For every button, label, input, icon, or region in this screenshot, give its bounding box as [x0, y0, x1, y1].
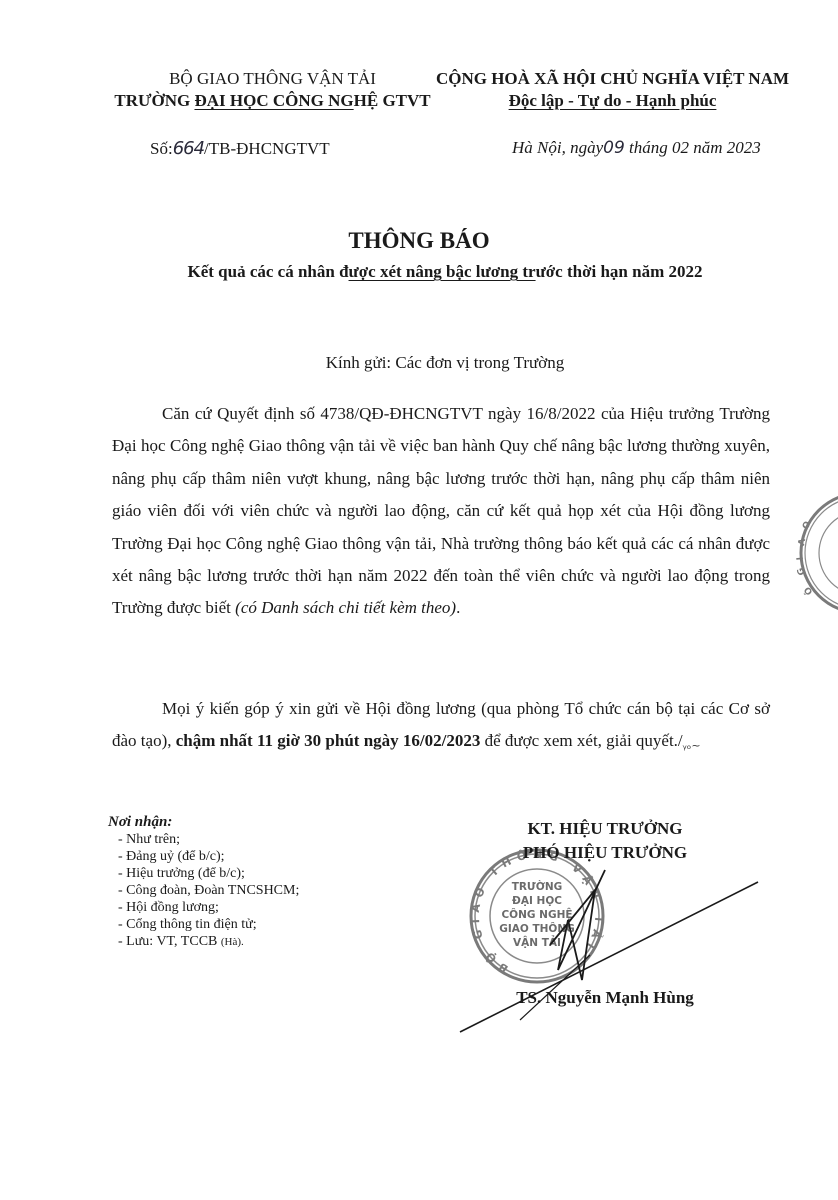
motto-text: Độc lập - Tự do - Hạnh phúc: [509, 91, 717, 110]
greeting: Kính gửi: Các đơn vị trong Trường: [100, 353, 790, 373]
place-date: Hà Nội, ngày09 tháng 02 năm 2023: [512, 138, 761, 158]
paragraph-1-end: .: [456, 598, 460, 617]
recipients-heading: Nơi nhận:: [108, 814, 299, 831]
recipient-item: - Như trên;: [118, 831, 299, 848]
nation-name: CỘNG HOÀ XÃ HỘI CHỦ NGHĨA VIỆT NAM: [420, 68, 805, 90]
document-number-handwritten: 664: [173, 138, 204, 159]
archive-text: - Lưu: VT, TCCB: [118, 934, 221, 949]
recipient-item: - Hiệu trưởng (để b/c);: [118, 865, 299, 882]
body-paragraph-1: Căn cứ Quyết định số 4738/QĐ-ĐHCNGTVT ng…: [112, 398, 770, 625]
document-title: THÔNG BÁO: [0, 228, 838, 254]
document-number-code: /TB-ĐHCNGTVT: [204, 139, 330, 158]
deadline-text: chậm nhất 11 giờ 30 phút ngày 16/02/2023: [176, 731, 481, 750]
recipient-item-archive: - Lưu: VT, TCCB (Hà).: [118, 933, 299, 951]
school-name-underlined: ĐẠI HỌC CÔNG NG: [194, 91, 353, 110]
handwritten-signature-icon: [440, 860, 770, 1050]
signature-block: KT. HIỆU TRƯỞNG PHÓ HIỆU TRƯỞNG: [470, 817, 740, 865]
recipient-item: - Công đoàn, Đoàn TNCSHCM;: [118, 882, 299, 899]
issuing-agency-header: BỘ GIAO THÔNG VẬN TẢI TRƯỜNG ĐẠI HỌC CÔN…: [100, 68, 445, 112]
svg-text:Ộ: Ộ: [802, 584, 816, 597]
motto: Độc lập - Tự do - Hạnh phúc: [420, 90, 805, 112]
recipients-list: - Như trên; - Đảng uỷ (để b/c); - Hiệu t…: [108, 831, 299, 951]
document-number-label: Số:: [150, 139, 173, 158]
date-day-handwritten: 09: [603, 138, 625, 158]
recipient-item: - Hội đồng lương;: [118, 899, 299, 916]
svg-text:I: I: [796, 556, 806, 560]
initials-mark: ᵧₒ~: [683, 739, 701, 752]
subtitle-pre: Kết quả các cá nhân đ: [187, 262, 348, 281]
ministry-name: BỘ GIAO THÔNG VẬN TẢI: [100, 68, 445, 90]
school-name: TRƯỜNG ĐẠI HỌC CÔNG NGHỆ GTVT: [100, 90, 445, 112]
body-paragraph-2: Mọi ý kiến góp ý xin gửi về Hội đồng lươ…: [112, 693, 770, 763]
subtitle-post: ước thời hạn năm 2022: [536, 262, 703, 281]
recipient-item: - Cổng thông tin điện tử;: [118, 916, 299, 933]
school-name-prefix: TRƯỜNG: [114, 91, 194, 110]
national-header: CỘNG HOÀ XÃ HỘI CHỦ NGHĨA VIỆT NAM Độc l…: [420, 68, 805, 112]
attachment-note: (có Danh sách chi tiết kèm theo): [235, 598, 456, 617]
paragraph-2-post: để được xem xét, giải quyết./: [480, 731, 682, 750]
date-suffix: tháng 02 năm 2023: [625, 138, 761, 157]
document-subtitle: Kết quả các cá nhân được xét nâng bậc lư…: [100, 262, 790, 282]
signer-name: TS. Nguyễn Mạnh Hùng: [470, 988, 740, 1008]
partial-stamp-icon: O A I G Ộ: [795, 488, 838, 618]
subtitle-underlined: ược xét nâng bậc lương tr: [349, 262, 536, 281]
paragraph-1-text: Căn cứ Quyết định số 4738/QĐ-ĐHCNGTVT ng…: [112, 404, 770, 617]
recipients-block: Nơi nhận: - Như trên; - Đảng uỷ (để b/c)…: [108, 814, 299, 951]
on-behalf-label: KT. HIỆU TRƯỞNG: [470, 817, 740, 841]
document-number: Số:664/TB-ĐHCNGTVT: [150, 138, 330, 159]
date-prefix: Hà Nội, ngày: [512, 138, 603, 157]
archive-initials: (Hà).: [221, 936, 244, 948]
recipient-item: - Đảng uỷ (để b/c);: [118, 848, 299, 865]
